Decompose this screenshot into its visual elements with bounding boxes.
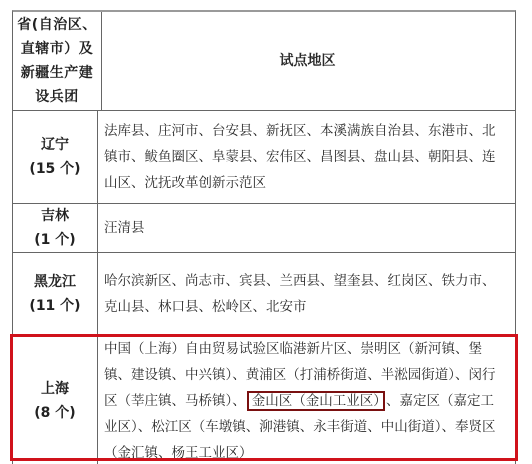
province-count: (15 个) <box>29 157 80 181</box>
province-cell: 上海 (8 个) <box>13 336 98 464</box>
pilot-regions-table: 省(自治区、 直辖市）及 新疆生产建 设兵团 试点地区 辽宁 (15 个) 法库… <box>12 10 516 464</box>
regions-cell: 汪清县 <box>98 204 515 252</box>
header-left-line: 省(自治区、 <box>17 13 96 37</box>
header-province-cell: 省(自治区、 直辖市）及 新疆生产建 设兵团 <box>13 12 102 110</box>
province-name: 吉林 <box>41 204 69 228</box>
regions-cell: 中国（上海）自由贸易试验区临港新片区、崇明区（新河镇、堡镇、建设镇、中兴镇）、黄… <box>98 336 515 464</box>
header-left-line: 新疆生产建 <box>21 61 94 85</box>
province-cell: 吉林 (1 个) <box>13 204 98 252</box>
table-row: 吉林 (1 个) 汪清县 <box>13 204 515 253</box>
regions-cell: 法库县、庄河市、台安县、新抚区、本溪满族自治县、东港市、北镇市、鲅鱼圈区、阜蒙县… <box>98 111 515 203</box>
header-regions-cell: 试点地区 <box>102 12 515 110</box>
province-name: 黑龙江 <box>34 270 76 294</box>
province-cell: 辽宁 (15 个) <box>13 111 98 203</box>
province-count: (1 个) <box>34 228 75 252</box>
province-name: 上海 <box>41 377 69 401</box>
header-left-line: 直辖市）及 <box>21 37 94 61</box>
table-row: 黑龙江 (11 个) 哈尔滨新区、尚志市、宾县、兰西县、望奎县、红岗区、铁力市、… <box>13 253 515 336</box>
regions-cell: 哈尔滨新区、尚志市、宾县、兰西县、望奎县、红岗区、铁力市、克山县、林口县、松岭区… <box>98 253 515 335</box>
province-count: (11 个) <box>29 294 80 318</box>
header-left-line: 设兵团 <box>35 85 79 109</box>
province-name: 辽宁 <box>41 133 69 157</box>
table-row: 辽宁 (15 个) 法库县、庄河市、台安县、新抚区、本溪满族自治县、东港市、北镇… <box>13 111 515 204</box>
table-row-highlighted: 上海 (8 个) 中国（上海）自由贸易试验区临港新片区、崇明区（新河镇、堡镇、建… <box>13 336 515 464</box>
province-count: (8 个) <box>34 401 75 425</box>
table-header-row: 省(自治区、 直辖市）及 新疆生产建 设兵团 试点地区 <box>13 12 515 111</box>
regions-text: 中国（上海）自由贸易试验区临港新片区、崇明区（新河镇、堡镇、建设镇、中兴镇）、黄… <box>104 336 507 464</box>
highlighted-region: 金山区（金山工业区） <box>247 391 385 411</box>
province-cell: 黑龙江 (11 个) <box>13 253 98 335</box>
